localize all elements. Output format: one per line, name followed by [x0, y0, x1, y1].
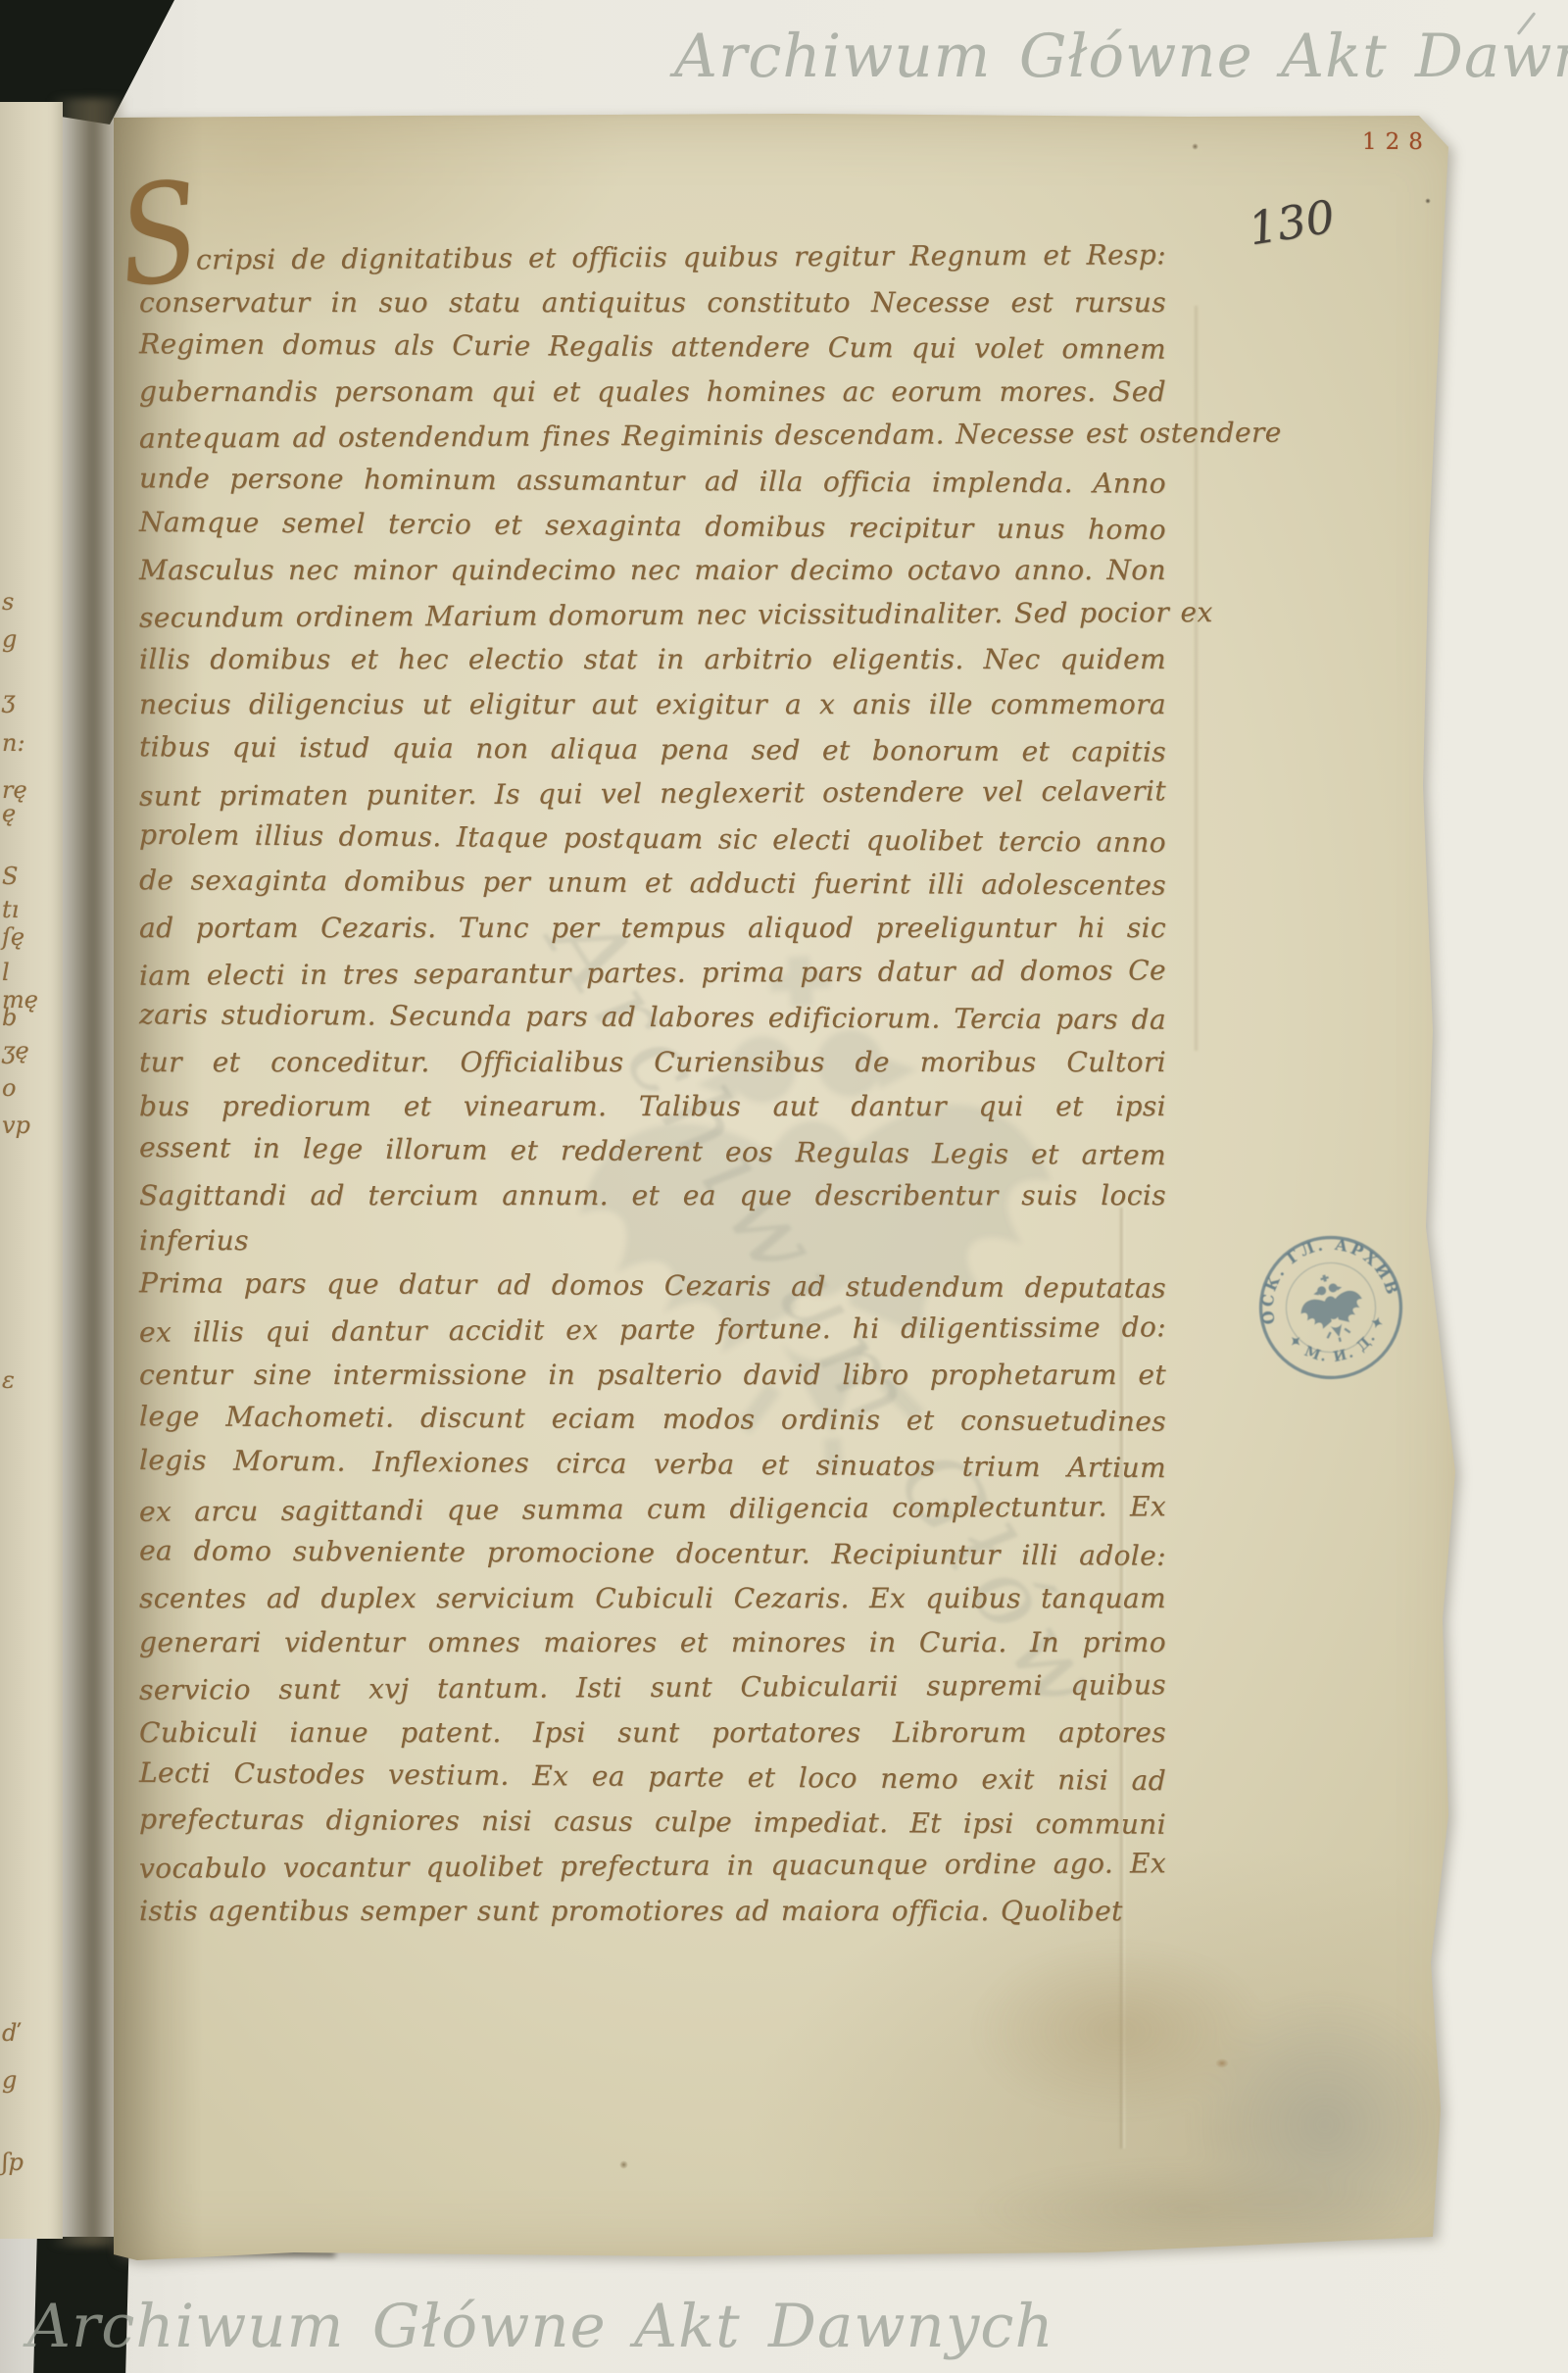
manuscript-line: legis Morum. Inflexiones circa verba et …: [139, 1438, 1166, 1491]
manuscript-line: conservatur in suo statu antiquitus cons…: [139, 280, 1166, 325]
double-eagle-icon: [1294, 1267, 1371, 1349]
margin-text-fragment: tı: [2, 896, 19, 923]
manuscript-line: cripsi de dignitatibus et officiis quibu…: [139, 232, 1166, 282]
manuscript-line: Masculus nec minor quindecimo nec maior …: [139, 548, 1166, 593]
fox-spot: [1425, 198, 1431, 204]
margin-text-fragment: ę: [2, 800, 16, 827]
margin-text-fragment: ʃp: [2, 2149, 24, 2176]
agad-watermark-bottom: Archiwum Główne Akt Dawnych: [27, 2292, 1054, 2361]
margin-text-fragment: ſę: [2, 923, 24, 951]
manuscript-line: sunt primaten puniter. Is qui vel neglex…: [139, 768, 1166, 818]
folio-number-handwritten: 130: [1245, 189, 1338, 255]
water-stain: [972, 1943, 1462, 2256]
margin-text-fragment: g: [2, 2066, 17, 2094]
manuscript-line: tur et conceditur. Officialibus Curiensi…: [139, 1040, 1166, 1085]
margin-text-fragment: s: [2, 588, 14, 616]
manuscript-line: scentes ad duplex servicium Cubiculi Cez…: [139, 1576, 1166, 1621]
manuscript-scan-viewport: { "archive": { "watermark_text": "Archiw…: [0, 0, 1568, 2373]
manuscript-line: de sexaginta domibus per unum et adducti…: [139, 859, 1166, 909]
manuscript-line: illis domibus et hec electio stat in arb…: [139, 637, 1166, 682]
manuscript-line: Regimen domus als Curie Regalis attender…: [139, 321, 1166, 371]
margin-text-fragment: g: [2, 625, 17, 653]
margin-text-fragment: l: [2, 959, 10, 986]
manuscript-line: lege Machometi. discunt eciam modos ordi…: [139, 1395, 1166, 1445]
manuscript-line: prolem illius domus. Itaque postquam sic…: [139, 813, 1166, 865]
manuscript-line: essent in lege illorum et redderent eos …: [139, 1125, 1166, 1178]
folio-number-stamped: 128: [1362, 129, 1432, 155]
manuscript-line: secundum ordinem Marium domorum nec vici…: [139, 590, 1166, 640]
manuscript-line: gubernandis personam qui et quales homin…: [139, 370, 1166, 415]
manuscript-line: bus prediorum et vinearum. Talibus aut d…: [139, 1084, 1166, 1129]
margin-text-fragment: b: [2, 1004, 17, 1031]
manuscript-line: Sagittandi ad tercium annum. et ea que d…: [139, 1173, 1166, 1218]
agad-watermark-top: Archiwum Główne Akt Dawnych: [674, 22, 1568, 91]
manuscript-line: ea domo subveniente promocione docentur.…: [139, 1528, 1166, 1578]
manuscript-line: zaris studiorum. Secunda pars ad labores…: [139, 992, 1166, 1042]
manuscript-line: ad portam Cezaris. Tunc per tempus aliqu…: [139, 906, 1166, 951]
margin-text-fragment: ʒ: [2, 686, 16, 714]
fox-spot: [619, 2160, 628, 2169]
fox-spot: [1192, 143, 1199, 150]
margin-text-fragment: n:: [2, 729, 25, 757]
manuscript-line: tibus qui istud quia non aliqua pena sed…: [139, 724, 1166, 774]
margin-text-fragment: o: [2, 1074, 16, 1102]
margin-text-fragment: ɛ: [2, 1366, 15, 1394]
manuscript-line: necius diligencius ut eligitur aut exigi…: [139, 682, 1166, 727]
manuscript-line: istis agentibus semper sunt promotiores …: [139, 1889, 1166, 1934]
manuscript-line: Lecti Custodes vestium. Ex ea parte et l…: [139, 1751, 1166, 1804]
fox-spot: [1215, 2058, 1229, 2068]
scan-edge-black-strip: [33, 2237, 129, 2373]
manuscript-line: antequam ad ostendendum fines Regiminis …: [139, 412, 1166, 462]
margin-text-fragment: vp: [2, 1112, 30, 1139]
manuscript-line: iam electi in tres separantur partes. pr…: [139, 948, 1166, 998]
margin-text-fragment: ʒę: [2, 1037, 29, 1064]
manuscript-line: inferius: [139, 1218, 1166, 1263]
manuscript-text-block: cripsi de dignitatibus et officiis quibu…: [139, 235, 1166, 1934]
manuscript-line: prefecturas digniores nisi casus culpe i…: [139, 1797, 1166, 1847]
manuscript-line: servicio sunt xvj tantum. Isti sunt Cubi…: [139, 1662, 1166, 1712]
margin-text-fragment: ď: [2, 2019, 17, 2047]
margin-text-fragment: S: [2, 863, 18, 890]
stray-pen-mark: [1517, 12, 1537, 35]
archive-stamp: МОСК. ГЛ. АРХИВЪ ✦ М. И. Д. ✦: [1245, 1221, 1417, 1394]
manuscript-line: centur sine intermissione in psalterio d…: [139, 1353, 1166, 1398]
manuscript-line: generari videntur omnes maiores et minor…: [139, 1620, 1166, 1665]
manuscript-line: Prima pars que datur ad domos Cezaris ad…: [139, 1261, 1166, 1310]
manuscript-line: vocabulo vocantur quolibet prefectura in…: [139, 1842, 1166, 1892]
manuscript-line: unde persone hominum assumantur ad illa …: [139, 456, 1166, 506]
manuscript-line: Cubiculi ianue patent. Ipsi sunt portato…: [139, 1710, 1166, 1755]
manuscript-page: Archiwum Głów 128 130 S cripsi de dignit…: [110, 110, 1472, 2266]
manuscript-line: ex illis qui dantur accidit ex parte for…: [139, 1306, 1166, 1356]
manuscript-line: Namque semel tercio et sexaginta domibus…: [139, 499, 1166, 552]
manuscript-line: ex arcu sagittandi que summa cum diligen…: [139, 1484, 1166, 1534]
